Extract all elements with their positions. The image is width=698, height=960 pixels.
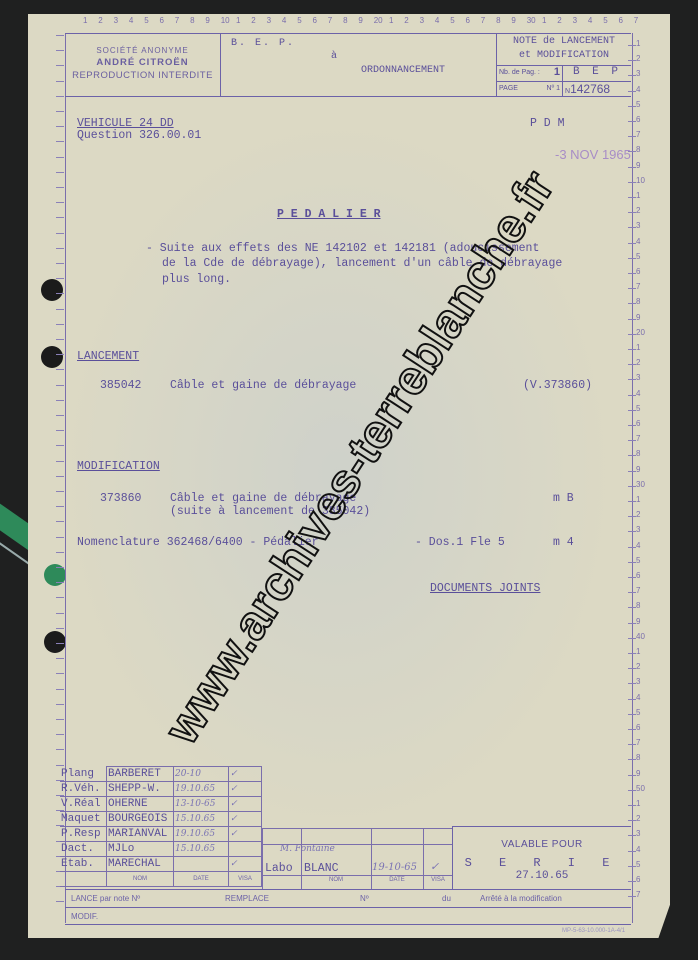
ruler-tick-label: 5: [636, 100, 640, 109]
ruler-tick-label: 2: [636, 358, 640, 367]
note-block: NOTE de LANCEMENT et MODIFICATION Nb. de…: [497, 34, 631, 96]
ruler-tick-label: 10: [636, 176, 645, 185]
lance-label: LANCE par note Nº: [71, 894, 140, 903]
ruler-tick-label: 3: [114, 16, 118, 25]
signature-date: 19.10.65: [174, 782, 229, 797]
signature-date: 15.10.65: [174, 842, 229, 857]
signature-name: SHEPP-W.: [107, 782, 174, 797]
ruler-tick-label: 8: [636, 753, 640, 762]
signature-table: PlangBARBERET20-10✓R.Véh.SHEPP-W.19.10.6…: [60, 766, 262, 887]
arrete-label: Arrêté à la modification: [480, 894, 562, 903]
ruler-tick-label: 1: [636, 647, 640, 656]
signature-row: R.Véh.SHEPP-W.19.10.65✓: [60, 782, 262, 797]
ruler-tick-label: 4: [636, 541, 640, 550]
col-date: DATE: [174, 872, 229, 887]
lancement-desc: Câble et gaine de débrayage: [170, 379, 356, 392]
ruler-tick-label: 3: [636, 829, 640, 838]
ruler-tick-label: 5: [636, 252, 640, 261]
signature-visa: ✓: [229, 782, 262, 797]
col-visa: VISA: [229, 872, 262, 887]
signature-name: MARIANVAL: [107, 827, 174, 842]
ruler-tick-label: 9: [636, 161, 640, 170]
document-header: SOCIÉTÉ ANONYME ANDRÉ CITROËN REPRODUCTI…: [65, 33, 631, 97]
ruler-tick-label: 4: [636, 693, 640, 702]
modif-label: MODIF.: [71, 912, 98, 921]
validity-date: 27.10.65: [453, 870, 631, 882]
ruler-tick-label: 6: [313, 16, 317, 25]
signature-date: [174, 857, 229, 872]
ruler-tick-label: 10: [221, 16, 230, 25]
labo-col-visa: VISA: [423, 877, 453, 883]
to-department: ORDONNANCEMENT: [361, 65, 445, 76]
documents-joints: DOCUMENTS JOINTS: [430, 582, 540, 595]
ruler-tick-label: 6: [636, 875, 640, 884]
ruler-tick-label: 7: [328, 16, 332, 25]
ruler-tick-label: 5: [636, 860, 640, 869]
ruler-tick-label: 5: [297, 16, 301, 25]
company-type: SOCIÉTÉ ANONYME: [65, 46, 220, 55]
ruler-tick-label: 3: [636, 373, 640, 382]
remplace-label: REMPLACE: [225, 894, 269, 903]
department-code: B E P: [563, 66, 631, 81]
company-name: ANDRÉ CITROËN: [65, 57, 220, 68]
page-no: Nº 1: [547, 85, 560, 97]
ruler-tick-label: 9: [636, 617, 640, 626]
ruler-tick-label: 5: [603, 16, 607, 25]
ruler-tick-label: 3: [636, 221, 640, 230]
signature-row: Etab.MARECHAL✓: [60, 857, 262, 872]
ruler-tick-label: 3: [636, 525, 640, 534]
validity-label: VALABLE POUR: [453, 839, 631, 850]
ruler-tick-label: 7: [636, 282, 640, 291]
ruler-tick-label: 1: [636, 343, 640, 352]
ruler-tick-label: 9: [511, 16, 515, 25]
ruler-tick-label: 7: [636, 738, 640, 747]
signature-row: Dact.MJLo15.10.65: [60, 842, 262, 857]
no-label: Nº: [360, 894, 369, 903]
ruler-tick-label: 5: [636, 404, 640, 413]
ruler-tick-label: 8: [636, 449, 640, 458]
signature-name: OHERNE: [107, 797, 174, 812]
signature-row: V.RéalOHERNE13-10-65✓: [60, 797, 262, 812]
ruler-tick-label: 1: [636, 191, 640, 200]
ruler-tick-label: 1: [636, 495, 640, 504]
signature-role: P.Resp: [60, 827, 107, 842]
ruler-tick-label: 40: [636, 632, 645, 641]
ruler-tick-label: 1: [236, 16, 240, 25]
signature-row: P.RespMARIANVAL19.10.65✓: [60, 827, 262, 842]
ruler-tick-label: 3: [573, 16, 577, 25]
ruler-tick-label: 4: [588, 16, 592, 25]
nomenclature-dos: - Dos.1 Fle 5: [415, 536, 505, 549]
company-block: SOCIÉTÉ ANONYME ANDRÉ CITROËN REPRODUCTI…: [65, 34, 221, 96]
ruler-tick-label: 7: [634, 16, 638, 25]
from-department: B. E. P.: [231, 38, 295, 49]
note-title-line1: NOTE de LANCEMENT: [497, 35, 631, 49]
form-reference: MP-5-63-10.000-1A-4/1: [562, 928, 625, 934]
routing-block: B. E. P. à ORDONNANCEMENT: [221, 34, 497, 96]
signature-visa: ✓: [229, 767, 262, 782]
ruler-tick-label: 1: [83, 16, 87, 25]
signature-row: MaquetBOURGEOIS15.10.65✓: [60, 812, 262, 827]
ruler-tick-label: 8: [636, 297, 640, 306]
note-title-line2: et MODIFICATION: [497, 49, 631, 63]
ruler-tick-label: 6: [636, 419, 640, 428]
ruler-tick-label: 6: [466, 16, 470, 25]
note-title: NOTE de LANCEMENT et MODIFICATION: [497, 34, 631, 66]
ruler-tick-label: 4: [129, 16, 133, 25]
ruler-tick-label: 3: [420, 16, 424, 25]
ruler-tick-label: 7: [481, 16, 485, 25]
to-prefix: à: [331, 51, 337, 62]
ruler-tick-label: 3: [636, 677, 640, 686]
nb-pages-value: 1: [554, 66, 560, 81]
signature-visa: ✓: [229, 797, 262, 812]
page-label: PAGE: [499, 85, 518, 97]
signature-column-headers: NOMDATEVISA: [60, 872, 262, 887]
signature-visa: ✓: [229, 857, 262, 872]
signature-date: 15.10.65: [174, 812, 229, 827]
ruler-tick-label: 9: [636, 313, 640, 322]
signature-role: R.Véh.: [60, 782, 107, 797]
validity-serie: S E R I E: [453, 856, 631, 870]
page-number-row: PAGENº 1 N142768: [497, 82, 631, 97]
ruler-tick-label: 1: [389, 16, 393, 25]
ruler-tick-label: 1: [542, 16, 546, 25]
ruler-tick-label: 2: [636, 662, 640, 671]
ruler-tick-label: 8: [190, 16, 194, 25]
ruler-tick-label: 8: [636, 145, 640, 154]
ruler-tick-label: 7: [636, 890, 640, 899]
signature-name: MARECHAL: [107, 857, 174, 872]
ruler-tick-label: 20: [374, 16, 383, 25]
ruler-tick-label: 2: [98, 16, 102, 25]
ruler-tick-label: 8: [343, 16, 347, 25]
lancement-ref: 385042: [100, 379, 141, 392]
ruler-tick-label: 8: [496, 16, 500, 25]
ruler-tick-label: 2: [557, 16, 561, 25]
ruler-tick-label: 4: [636, 845, 640, 854]
ruler-tick-label: 2: [636, 814, 640, 823]
description-line3: plus long.: [162, 273, 231, 286]
signature-role: Plang: [60, 767, 107, 782]
ruler-tick-label: 7: [636, 434, 640, 443]
ruler-tick-label: 5: [636, 708, 640, 717]
ruler-tick-label: 30: [527, 16, 536, 25]
top-ruler: 1234567891012345678920123456789301234567: [65, 16, 631, 34]
ruler-tick-label: 4: [435, 16, 439, 25]
signature-date: 19.10.65: [174, 827, 229, 842]
signature-role: Maquet: [60, 812, 107, 827]
signature-role: Dact.: [60, 842, 107, 857]
ruler-tick-label: 2: [404, 16, 408, 25]
labo-col-date: DATE: [371, 877, 423, 883]
question-ref: Question 326.00.01: [77, 129, 201, 142]
modification-ref: 373860: [100, 492, 141, 505]
ruler-tick-label: 2: [636, 54, 640, 63]
modification-code: m B: [553, 492, 574, 505]
ruler-tick-label: 5: [144, 16, 148, 25]
ruler-tick-label: 20: [636, 328, 645, 337]
ruler-tick-label: 9: [205, 16, 209, 25]
nomenclature-code: m 4: [553, 536, 574, 549]
ruler-tick-label: 50: [636, 784, 645, 793]
ruler-tick-label: 6: [636, 267, 640, 276]
ruler-tick-label: 6: [636, 115, 640, 124]
signature-visa: ✓: [229, 827, 262, 842]
ruler-tick-label: 7: [636, 130, 640, 139]
ruler-tick-label: 4: [282, 16, 286, 25]
ruler-tick-label: 1: [636, 799, 640, 808]
pages-row: Nb. de Pag. :1 B E P: [497, 66, 631, 82]
ruler-tick-label: 3: [636, 69, 640, 78]
ruler-tick-label: 5: [636, 556, 640, 565]
signature-role: V.Réal: [60, 797, 107, 812]
modification-heading: MODIFICATION: [77, 460, 160, 473]
labo-grid: NOM DATE VISA: [262, 828, 453, 889]
signature-name: MJLo: [107, 842, 174, 857]
ruler-tick-label: 7: [175, 16, 179, 25]
col-nom: NOM: [107, 872, 174, 887]
ruler-tick-label: 9: [636, 465, 640, 474]
ruler-tick-label: 4: [636, 389, 640, 398]
signature-visa: ✓: [229, 812, 262, 827]
ruler-tick-label: 30: [636, 480, 645, 489]
ruler-tick-label: 4: [636, 85, 640, 94]
subject-title: P E D A L I E R: [277, 208, 381, 221]
document-footer: LANCE par note Nº REMPLACE Nº du Arrêté …: [65, 889, 631, 924]
ruler-tick-label: 2: [636, 206, 640, 215]
labo-col-nom: NOM: [301, 877, 371, 883]
lancement-heading: LANCEMENT: [77, 350, 139, 363]
ruler-tick-label: 1: [636, 39, 640, 48]
validity-box: VALABLE POUR S E R I E 27.10.65: [452, 826, 631, 890]
ruler-tick-label: 6: [619, 16, 623, 25]
signature-date: 13-10-65: [174, 797, 229, 812]
ruler-tick-label: 2: [251, 16, 255, 25]
ruler-tick-label: 7: [636, 586, 640, 595]
right-ruler: 1234567891012345678920123456789301234567…: [632, 35, 662, 925]
du-label: du: [442, 894, 451, 903]
signature-role: Etab.: [60, 857, 107, 872]
ruler-tick-label: 6: [636, 723, 640, 732]
ruler-tick-label: 6: [636, 571, 640, 580]
signature-name: BOURGEOIS: [107, 812, 174, 827]
ruler-tick-label: 9: [636, 769, 640, 778]
ruler-tick-label: 4: [636, 237, 640, 246]
ruler-tick-label: 2: [636, 510, 640, 519]
ruler-tick-label: 9: [358, 16, 362, 25]
ruler-tick-label: 5: [450, 16, 454, 25]
reproduction-notice: REPRODUCTION INTERDITE: [65, 70, 220, 81]
note-number: 142768: [570, 82, 610, 96]
lancement-note: (V.373860): [523, 379, 592, 392]
signature-visa: [229, 842, 262, 857]
ruler-tick-label: 8: [636, 601, 640, 610]
ruler-tick-label: 6: [160, 16, 164, 25]
nb-pages-label: Nb. de Pag. :: [499, 69, 540, 81]
ruler-tick-label: 3: [267, 16, 271, 25]
